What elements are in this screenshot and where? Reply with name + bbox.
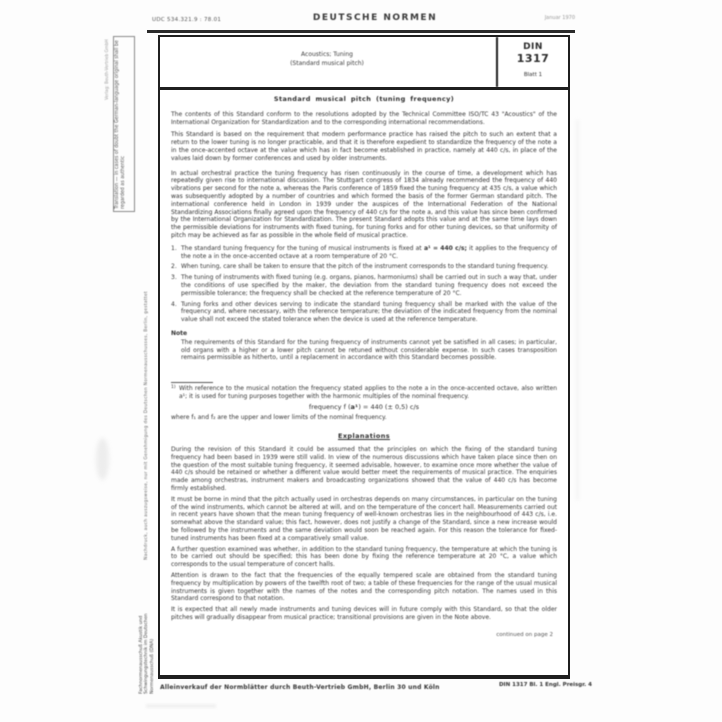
list-item-text: When tuning, care shall be taken to ensu… (181, 263, 548, 270)
list-item-text: Tuning forks and other devices serving t… (181, 301, 557, 324)
explanations-paragraph: During the revision of this Standard it … (171, 446, 557, 493)
list-item-text: The tuning of instruments with fixed tun… (181, 274, 557, 297)
title-line-2: (Standard musical pitch) (160, 60, 494, 67)
list-item-text: The standard tuning frequency for the tu… (181, 245, 422, 252)
din-sheet: Blatt 1 (498, 72, 568, 78)
list-item-number: 4. (171, 301, 177, 309)
page-title: DEUTSCHE NORMEN (290, 13, 460, 23)
note-text: The requirements of this Standard for th… (171, 339, 557, 362)
tuning-formula: frequency f (a¹) = 440 (± 0,5) c/s (171, 404, 557, 412)
scan-noise (146, 704, 216, 708)
footnote: 1) With reference to the musical notatio… (171, 385, 557, 401)
list-item-number: 3. (171, 274, 177, 282)
explanations-heading: Explanations (171, 433, 557, 441)
list-item: 4. Tuning forks and other devices servin… (171, 301, 557, 324)
formula-text: frequency f ( (309, 403, 351, 411)
list-item-number: 2. (171, 263, 177, 271)
continued-note: continued on page 2 (171, 632, 557, 640)
formula-text: ) = 440 (± 0,5) c/s (358, 403, 419, 411)
header-rule (147, 30, 575, 33)
margin-note-translation: Translation — in cases of doubt the Germ… (113, 36, 135, 212)
din-number: 1317 (498, 52, 568, 65)
formula-caption: where f₁ and f₂ are the upper and lower … (171, 414, 557, 422)
explanations-paragraph: It must be borne in mind that the pitch … (171, 496, 557, 543)
footer-document-id: DIN 1317 Bl. 1 Engl. Preisgr. 4 (440, 682, 592, 688)
issue-date: Januar 1970 (475, 15, 575, 21)
document-frame: Acoustics; Tuning (Standard musical pitc… (158, 35, 570, 679)
footnote-marker: 1) (171, 384, 176, 392)
margin-note-committee: Fachnormenausschuß Akustik und Schwingun… (139, 612, 154, 694)
paragraph-conformity: The contents of this Standard conform to… (171, 111, 557, 127)
margin-note-reprint: Nachdruck, auch auszugsweise, nur mit Ge… (144, 252, 149, 560)
document-title: Acoustics; Tuning (Standard musical pitc… (160, 51, 494, 67)
margin-note-publisher: Verlag: Beuth-Vertrieb GmbH (104, 38, 109, 100)
explanations-paragraph: It is expected that all newly made instr… (171, 606, 557, 622)
section-heading: Standard musical pitch (tuning frequency… (171, 96, 557, 104)
din-number-box: DIN 1317 Blatt 1 (496, 37, 568, 87)
explanations-paragraph: Attention is drawn to the fact that the … (171, 572, 557, 603)
title-block: Acoustics; Tuning (Standard musical pitc… (160, 37, 568, 90)
standard-frequency-value: a¹ = 440 c/s; (422, 245, 467, 252)
list-item: 2. When tuning, care shall be taken to e… (171, 263, 557, 271)
din-label: DIN (498, 42, 568, 52)
list-item: 3. The tuning of instruments with fixed … (171, 274, 557, 297)
footnote-separator (171, 382, 213, 383)
title-line-1: Acoustics; Tuning (160, 51, 494, 58)
note-label: Note (171, 330, 557, 338)
list-item-number: 1. (171, 245, 177, 253)
document-body: Standard musical pitch (tuning frequency… (160, 90, 568, 675)
scan-noise (96, 438, 109, 480)
paragraph-history: In actual orchestral practice the tuning… (171, 170, 557, 240)
footer-distribution: Alleinverkauf der Normblätter durch Beut… (160, 684, 470, 691)
paragraph-basis: This Standard is based on the requiremen… (171, 131, 557, 162)
footnote-text: With reference to the musical notation t… (179, 385, 557, 400)
list-item: 1. The standard tuning frequency for the… (171, 245, 557, 261)
explanations-paragraph: A further question examined was whether,… (171, 546, 557, 569)
udc-classification: UDC 534.321.9 : 78.01 (152, 17, 221, 23)
scan-noise (576, 120, 579, 500)
